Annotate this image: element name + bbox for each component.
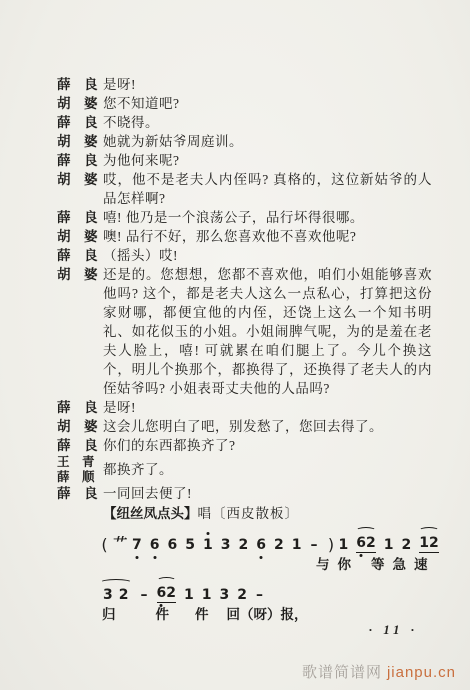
note-group: 2 <box>402 537 412 553</box>
lyric-syllable: 归 <box>102 606 116 623</box>
jianpu-note: 1 <box>202 587 212 603</box>
lyric-syllable: 回（呀）报， <box>227 606 308 623</box>
speaker-name: 薛 良 <box>57 208 103 227</box>
sanban-free-meter-symbol: 艹 <box>112 536 126 553</box>
jianpu-note: 2 <box>239 537 249 553</box>
speech-text: 为他何来呢? <box>103 151 432 170</box>
speaker-name-line: 胡 婆 <box>57 227 103 246</box>
note-char: 3 <box>220 587 230 603</box>
note-group: 2 <box>237 587 247 603</box>
note-group: 2 <box>274 537 284 553</box>
jianpu-note: 3 <box>221 537 231 553</box>
note-group: 62 <box>356 535 376 553</box>
speech-text: （摇头）哎! <box>103 246 432 265</box>
tune-name-label: 【纽丝凤点头】 <box>103 506 198 521</box>
jianpu-note: 62 <box>356 535 376 553</box>
dialogue-row: 薛 良为他何来呢? <box>57 151 432 170</box>
note-group: 3 <box>221 537 231 553</box>
dialogue-row: 薛 良是呀! <box>57 398 432 417</box>
lyric-syllable: 急 <box>393 556 407 573</box>
speaker-name: 薛 良 <box>57 484 103 503</box>
note-char: 2 <box>166 585 176 601</box>
jianpu-note: – <box>140 587 149 603</box>
notation-line: 32–621132–归件件回（呀）报， <box>100 585 432 623</box>
note-char: 2 <box>366 535 376 551</box>
jianpu-note: 1 <box>203 537 213 553</box>
jianpu-note: – <box>255 587 264 603</box>
speaker-name-line: 胡 婆 <box>57 94 103 113</box>
note-char: 1 <box>419 535 429 551</box>
note-char: – <box>310 537 319 553</box>
slur-arc <box>157 577 177 584</box>
speaker-name: 薛 良 <box>57 113 103 132</box>
jianpu-note-row: (艹7665132621–)1621212 <box>100 535 432 553</box>
speaker-name: 胡 婆 <box>57 417 103 436</box>
dialogue-row: 胡 婆噢! 品行不好，那么您喜欢他不喜欢他呢? <box>57 227 432 246</box>
lyric-syllable: 与 <box>316 556 330 573</box>
dialogue-row: 胡 婆还是的。您想想，您都不喜欢他，咱们小姐能够喜欢他吗? 这个，都是老夫人这么… <box>57 265 432 398</box>
page-number: · 11 · <box>369 622 418 638</box>
speaker-name-line: 薛 良 <box>57 246 103 265</box>
note-group: 2 <box>239 537 249 553</box>
speaker-name-line: 薛 良 <box>57 208 103 227</box>
octave-dot-above <box>206 532 209 535</box>
watermark-site-domain: jianpu.cn <box>387 664 456 681</box>
dialogue-row: 胡 婆哎，他不是老夫人内侄吗? 真格的，这位新姑爷的人品怎样啊? <box>57 170 432 208</box>
note-group: 6 <box>168 537 178 553</box>
jianpu-note: 1 <box>292 537 302 553</box>
slur-arc <box>419 527 439 534</box>
note-char: 2 <box>119 587 129 603</box>
dialogue-row: 王 青薛 顺都换齐了。 <box>57 455 432 484</box>
speaker-name: 薛 良 <box>57 151 103 170</box>
note-char: 艹 <box>110 537 127 553</box>
speaker-name-line: 薛 良 <box>57 113 103 132</box>
note-group: 艹 <box>112 537 126 553</box>
note-char: 1 <box>203 537 213 553</box>
jianpu-note: 7 <box>132 537 142 553</box>
speech-text: 是呀! <box>103 398 432 417</box>
note-char: ( <box>100 537 109 553</box>
speaker-name-line: 王 青 <box>57 455 103 470</box>
lyric-syllable: 等 <box>371 556 385 573</box>
speaker-name-line: 薛 顺 <box>57 470 103 485</box>
notation-section: (艹7665132621–)1621212与你等急速32–621132–归件件回… <box>57 535 432 623</box>
speaker-name-line: 胡 婆 <box>57 265 103 284</box>
speaker-name: 王 青薛 顺 <box>57 455 103 484</box>
octave-dot-below <box>160 604 163 607</box>
note-char: 5 <box>185 537 195 553</box>
note-char: – <box>255 587 264 603</box>
speech-text: 嘻! 他乃是一个浪荡公子，品行坏得很哪。 <box>103 208 432 227</box>
octave-dot-below <box>135 556 138 559</box>
note-group: 7 <box>132 537 142 553</box>
note-char: 1 <box>202 587 212 603</box>
jianpu-note: 1 <box>184 587 194 603</box>
dialogue-row: 胡 婆她就为新姑爷周庭训。 <box>57 132 432 151</box>
note-char: 6 <box>256 537 266 553</box>
note-group: ( <box>100 537 109 553</box>
jianpu-note: 2 <box>402 537 412 553</box>
note-char: 6 <box>150 537 160 553</box>
speech-text: 还是的。您想想，您都不喜欢他，咱们小姐能够喜欢他吗? 这个，都是老夫人这么一点私… <box>103 265 432 398</box>
speech-text: 她就为新姑爷周庭训。 <box>103 132 432 151</box>
dialogue-row: 胡 婆这会儿您明白了吧，别发愁了，您回去得了。 <box>57 417 432 436</box>
notation-line: (艹7665132621–)1621212与你等急速 <box>100 535 432 573</box>
jianpu-note: 6 <box>256 537 266 553</box>
speech-text: 一同回去便了! <box>103 484 432 503</box>
speaker-name: 胡 婆 <box>57 227 103 246</box>
note-group: 12 <box>419 535 439 553</box>
note-char: 6 <box>157 585 167 601</box>
speaker-name-line: 胡 婆 <box>57 132 103 151</box>
speaker-name-line: 胡 婆 <box>57 170 103 189</box>
note-char: 2 <box>237 587 247 603</box>
speaker-name: 薛 良 <box>57 75 103 94</box>
jianpu-note: 62 <box>157 585 177 603</box>
speaker-name-line: 薛 良 <box>57 151 103 170</box>
jianpu-note: 32 <box>100 587 132 603</box>
speech-text: 你们的东西都换齐了? <box>103 436 432 455</box>
note-char: 1 <box>384 537 394 553</box>
speaker-name: 胡 婆 <box>57 94 103 113</box>
speaker-name: 薛 良 <box>57 398 103 417</box>
speaker-name: 胡 婆 <box>57 265 103 284</box>
note-char: 3 <box>103 587 113 603</box>
jianpu-note: 1 <box>339 537 349 553</box>
note-char: 2 <box>239 537 249 553</box>
note-char: 2 <box>274 537 284 553</box>
note-group: 1 <box>184 587 194 603</box>
speech-text: 不晓得。 <box>103 113 432 132</box>
octave-dot-below <box>260 556 263 559</box>
dialogue-row: 薛 良（摇头）哎! <box>57 246 432 265</box>
jianpu-note: 2 <box>237 587 247 603</box>
speaker-name-line: 薛 良 <box>57 75 103 94</box>
dialogue-row: 薛 良一同回去便了! <box>57 484 432 503</box>
script-page: 薛 良是呀!胡 婆您不知道吧?薛 良不晓得。胡 婆她就为新姑爷周庭训。薛 良为他… <box>0 0 470 690</box>
jianpu-note: 3 <box>220 587 230 603</box>
octave-dot-below <box>360 554 363 557</box>
speech-text: 您不知道吧? <box>103 94 432 113</box>
speaker-name: 胡 婆 <box>57 132 103 151</box>
note-group: 32 <box>100 587 132 603</box>
lyric-line: 归件件回（呀）报， <box>102 606 432 623</box>
speaker-name-line: 薛 良 <box>57 484 103 503</box>
speaker-name-line: 薛 良 <box>57 436 103 455</box>
speech-text: 是呀! <box>103 75 432 94</box>
jianpu-note: 6 <box>168 537 178 553</box>
music-heading: 【纽丝凤点头】唱〔西皮散板〕 <box>103 504 432 523</box>
note-group: – <box>310 537 319 553</box>
watermark: 歌谱简谱网jianpu.cn <box>302 661 456 682</box>
note-group: 5 <box>185 537 195 553</box>
note-char: 1 <box>184 587 194 603</box>
note-group: ) <box>327 537 336 553</box>
jianpu-note: ) <box>327 537 336 553</box>
lyric-syllable: 件 <box>156 606 170 623</box>
speech-text: 这会儿您明白了吧，别发愁了，您回去得了。 <box>103 417 432 436</box>
speaker-name: 薛 良 <box>57 246 103 265</box>
speaker-name-line: 胡 婆 <box>57 417 103 436</box>
watermark-site-name: 歌谱简谱网 <box>302 664 382 681</box>
dialogue-row: 胡 婆您不知道吧? <box>57 94 432 113</box>
jianpu-note: 12 <box>419 535 439 553</box>
note-group: 1 <box>339 537 349 553</box>
note-group: 62 <box>157 585 177 603</box>
jianpu-note: 1 <box>384 537 394 553</box>
dialogue-row: 薛 良不晓得。 <box>57 113 432 132</box>
jianpu-note: 5 <box>185 537 195 553</box>
note-group: 1 <box>292 537 302 553</box>
speech-text: 哎，他不是老夫人内侄吗? 真格的，这位新姑爷的人品怎样啊? <box>103 170 432 208</box>
dialogue-row: 薛 良是呀! <box>57 75 432 94</box>
speech-text: 都换齐了。 <box>103 460 432 479</box>
jianpu-note: 6 <box>150 537 160 553</box>
lyric-syllable: 速 <box>414 556 428 573</box>
note-group: 6 <box>150 537 160 553</box>
note-char: ) <box>327 537 336 553</box>
note-group: 3 <box>220 587 230 603</box>
note-group: 1 <box>202 587 212 603</box>
lyric-line: 与你等急速 <box>316 556 432 573</box>
dialogue-section: 薛 良是呀!胡 婆您不知道吧?薛 良不晓得。胡 婆她就为新姑爷周庭训。薛 良为他… <box>57 75 432 503</box>
slur-arc <box>100 579 132 586</box>
note-group: – <box>140 587 149 603</box>
slur-arc <box>356 527 376 534</box>
note-group: 1 <box>203 537 213 553</box>
note-char: 2 <box>402 537 412 553</box>
note-char: 7 <box>132 537 142 553</box>
note-char: 1 <box>292 537 302 553</box>
jianpu-note: 2 <box>274 537 284 553</box>
jianpu-note: – <box>310 537 319 553</box>
jianpu-note-row: 32–621132– <box>100 585 432 603</box>
octave-dot-below <box>153 556 156 559</box>
note-char: 1 <box>339 537 349 553</box>
note-char: – <box>140 587 149 603</box>
dialogue-row: 薛 良嘻! 他乃是一个浪荡公子，品行坏得很哪。 <box>57 208 432 227</box>
note-group: 1 <box>384 537 394 553</box>
speaker-name-line: 薛 良 <box>57 398 103 417</box>
aria-mode-label: 唱〔西皮散板〕 <box>198 506 300 521</box>
note-char: 3 <box>221 537 231 553</box>
note-group: 6 <box>256 537 266 553</box>
note-group: – <box>255 587 264 603</box>
lyric-syllable: 件 <box>195 606 209 623</box>
jianpu-note: ( <box>100 537 109 553</box>
lyric-syllable: 你 <box>338 556 352 573</box>
speaker-name: 薛 良 <box>57 436 103 455</box>
note-char: 2 <box>429 535 439 551</box>
speech-text: 噢! 品行不好，那么您喜欢他不喜欢他呢? <box>103 227 432 246</box>
dialogue-row: 薛 良你们的东西都换齐了? <box>57 436 432 455</box>
speaker-name: 胡 婆 <box>57 170 103 189</box>
note-char: 6 <box>356 535 366 551</box>
note-char: 6 <box>168 537 178 553</box>
